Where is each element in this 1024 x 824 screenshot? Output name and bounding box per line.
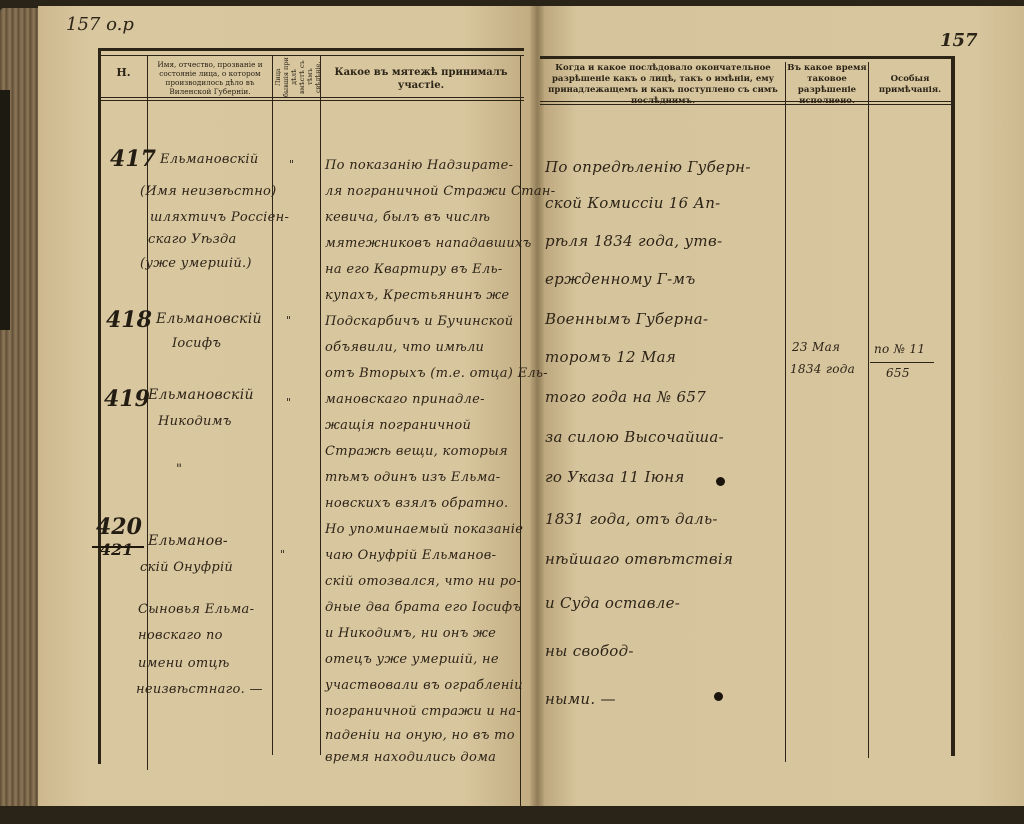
text-line: новскихъ взялъ обратно. xyxy=(325,496,508,511)
text-line: того года на № 657 xyxy=(545,390,706,405)
header-executed: Въ какое время таковое разрѣшеніе исполн… xyxy=(787,63,867,107)
entry-name-line: имени отцѣ xyxy=(138,656,230,671)
book-edge-shadow xyxy=(0,90,10,330)
entry-name-line: Ельмановскій xyxy=(160,152,259,167)
text-line: за силою Высочайша- xyxy=(545,430,724,445)
text-line: рѣля 1834 года, утв- xyxy=(545,234,722,249)
text-line: По опредѣленію Губерн- xyxy=(545,160,751,175)
text-line: Военнымъ Губерна- xyxy=(545,312,708,327)
entry-name-line: Ельманов- xyxy=(148,534,228,549)
strike-through-line xyxy=(92,546,144,548)
text-line: время находились дома xyxy=(325,750,496,765)
text-line: пограничной стражи и на- xyxy=(325,704,521,719)
ditto-mark: " xyxy=(176,462,182,477)
text-line: торомъ 12 Мая xyxy=(545,350,676,365)
header-bottom-rule-left-2 xyxy=(100,100,524,101)
entry-name-line: неизвѣстнаго. — xyxy=(136,682,263,697)
text-line: и Никодимъ, ни онъ же xyxy=(325,626,496,641)
col-divider xyxy=(520,55,521,810)
notes-denominator: 655 xyxy=(886,366,910,381)
text-line: ны свобод- xyxy=(545,644,634,659)
header-participation: Какое въ мятежѣ принималъ участіе. xyxy=(322,66,520,92)
text-line: ными. — xyxy=(545,692,616,707)
header-persons: Лица бывшія при дѣлѣ вмѣстѣ съ тѣмъ свѣд… xyxy=(274,57,319,97)
entry-number: 417 xyxy=(110,146,156,172)
header-number: Н. xyxy=(100,66,147,79)
text-line: Подскарбичъ и Бучинской xyxy=(325,314,513,329)
header-notes: Особыя примѣчанія. xyxy=(870,74,950,96)
text-line: кевича, былъ въ числѣ xyxy=(325,210,490,225)
col-divider xyxy=(868,62,869,758)
top-rule-left xyxy=(100,48,524,51)
text-line: чаю Онуфрій Ельманов- xyxy=(325,548,496,563)
text-line: участвовали въ ограбленіи xyxy=(325,678,523,693)
text-line: жащія пограничной xyxy=(325,418,471,433)
header-bottom-rule-left xyxy=(100,97,524,98)
entry-name-line: (уже умершій.) xyxy=(140,256,252,271)
entry-number: 419 xyxy=(104,386,150,412)
ditto-mark: " xyxy=(286,314,291,327)
entry-name-line: Ельмановскій xyxy=(148,388,254,403)
text-line: и Суда оставле- xyxy=(545,596,680,611)
executed-date-line2: 1834 года xyxy=(790,362,855,377)
entry-name-line: Ельмановскій xyxy=(156,312,262,327)
col-divider xyxy=(272,55,273,755)
text-line: отецъ уже умершій, не xyxy=(325,652,499,667)
text-line: купахъ, Крестьянинъ же xyxy=(325,288,509,303)
text-line: мятежниковъ нападавшихъ xyxy=(325,236,532,251)
entry-name-line: шляхтичъ Россіен- xyxy=(150,210,289,225)
text-line: скій отозвался, что ни ро- xyxy=(325,574,521,589)
text-line: По показанію Надзирате- xyxy=(325,158,513,173)
ditto-mark: " xyxy=(289,158,294,171)
entry-name-line: Никодимъ xyxy=(158,414,232,429)
entry-name-line: скаго Уѣзда xyxy=(148,232,237,247)
entry-name-line: Іосифъ xyxy=(172,336,221,351)
entry-number: 420 xyxy=(96,514,142,540)
entry-name-line: (Имя неизвѣстно) xyxy=(140,184,277,199)
entry-name-line: скій Онуфрій xyxy=(140,560,233,575)
right-page-number: 157 xyxy=(940,30,978,51)
text-line: тѣмъ одинъ изъ Ельма- xyxy=(325,470,501,485)
text-line: 1831 года, отъ даль- xyxy=(545,512,718,527)
entry-number: 418 xyxy=(106,307,152,333)
fraction-line xyxy=(870,362,934,363)
text-line: на его Квартиру въ Ель- xyxy=(325,262,503,277)
header-resolution: Когда и какое послѣдовало окончательное … xyxy=(541,63,785,107)
text-line: ской Комиссіи 16 Ап- xyxy=(545,196,721,211)
col-divider xyxy=(320,55,321,755)
open-register-book: 157 o.p 157 Н. Имя, отчество, прозваніе … xyxy=(0,0,1024,824)
right-border xyxy=(951,56,955,756)
col-divider xyxy=(785,62,786,762)
executed-date-line1: 23 Мая xyxy=(792,340,840,355)
left-border xyxy=(98,48,101,764)
left-page-number: 157 o.p xyxy=(66,14,134,35)
entry-name-line: Сыновья Ельма- xyxy=(138,602,254,617)
text-line: паденіи на оную, но въ то xyxy=(325,728,515,743)
text-line: нѣйшаго отвѣтствія xyxy=(545,552,733,567)
paper-hole xyxy=(716,477,725,486)
top-rule-left-thin xyxy=(100,55,524,56)
text-line: Но упоминаемый показаніе xyxy=(325,522,523,537)
book-gutter xyxy=(530,6,544,814)
text-line: Стражѣ вещи, которыя xyxy=(325,444,508,459)
ditto-mark: " xyxy=(286,396,291,409)
header-name: Имя, отчество, прозваніе и состояніе лиц… xyxy=(149,60,271,96)
notes-numerator: по № 11 xyxy=(874,342,925,357)
text-line: ля пограничной Стражи Стан- xyxy=(325,184,555,199)
text-line: дные два брата его Іосифъ xyxy=(325,600,521,615)
top-rule-right xyxy=(540,56,952,59)
text-line: ержденному Г-мъ xyxy=(545,272,696,287)
ditto-mark: " xyxy=(280,548,285,561)
paper-hole xyxy=(714,692,723,701)
text-line: мановскаго принадле- xyxy=(325,392,485,407)
text-line: отъ Вторыхъ (т.е. отца) Ель- xyxy=(325,366,548,381)
text-line: го Указа 11 Іюня xyxy=(545,470,685,485)
entry-name-line: новскаго по xyxy=(138,628,223,643)
struck-entry-number: 421 xyxy=(100,540,133,559)
text-line: объявили, что имѣли xyxy=(325,340,484,355)
bottom-shadow xyxy=(0,806,1024,824)
